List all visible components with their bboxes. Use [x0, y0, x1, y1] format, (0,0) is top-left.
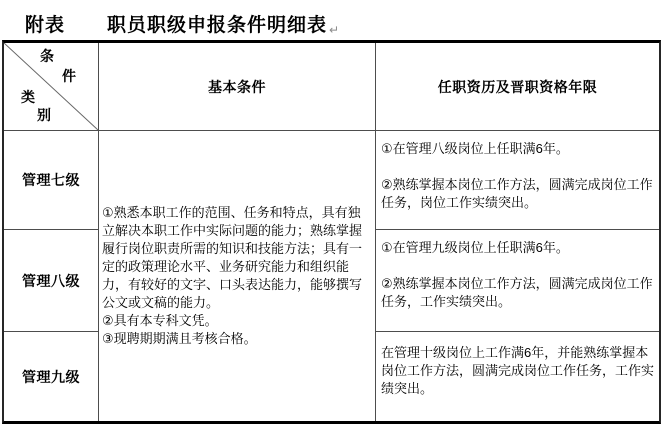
qualification-cell-level-7: ①在管理八级岗位上任职满6年。 ②熟练掌握本岗位工作方法，圆满完成岗位工作任务，… — [376, 131, 659, 230]
column-header-qualification: 任职资历及晋职资格年限 — [376, 43, 659, 131]
corner-category-char-1: 类 — [21, 88, 35, 106]
row-label-management-level-8: 管理八级 — [4, 230, 99, 332]
basic-conditions-cell: ①熟悉本职工作的范围、任务和特点，具有独立解决本职工作中实际问题的能力；熟练掌握… — [99, 131, 376, 421]
document-page: 附表 职员职级申报条件明细表 ↵ 条 件 类 别 基本条件 任职资历及晋职资格年… — [0, 0, 667, 432]
row-label-management-level-9: 管理九级 — [4, 332, 99, 421]
column-header-basic-conditions: 基本条件 — [99, 43, 376, 131]
corner-condition-char-2: 件 — [62, 67, 76, 85]
corner-condition-char-1: 条 — [40, 47, 54, 65]
corner-category-char-2: 别 — [37, 106, 51, 124]
paragraph-mark-icon: ↵ — [329, 23, 340, 37]
title-prefix: 附表 — [25, 10, 65, 37]
corner-header-cell: 条 件 类 别 — [4, 43, 99, 131]
conditions-table: 条 件 类 别 基本条件 任职资历及晋职资格年限 管理七级 管理八级 管理九级 … — [2, 40, 661, 424]
qualification-cell-level-8: ①在管理九级岗位上任职满6年。 ②熟练掌握本岗位工作方法，圆满完成岗位工作任务，… — [376, 230, 659, 332]
row-label-management-level-7: 管理七级 — [4, 131, 99, 230]
page-title: 附表 职员职级申报条件明细表 ↵ — [25, 9, 340, 37]
title-text: 职员职级申报条件明细表 — [107, 10, 327, 37]
qualification-cell-level-9: 在管理十级岗位上工作满6年，并能熟练掌握本岗位工作方法，圆满完成岗位工作任务，工… — [376, 332, 659, 421]
